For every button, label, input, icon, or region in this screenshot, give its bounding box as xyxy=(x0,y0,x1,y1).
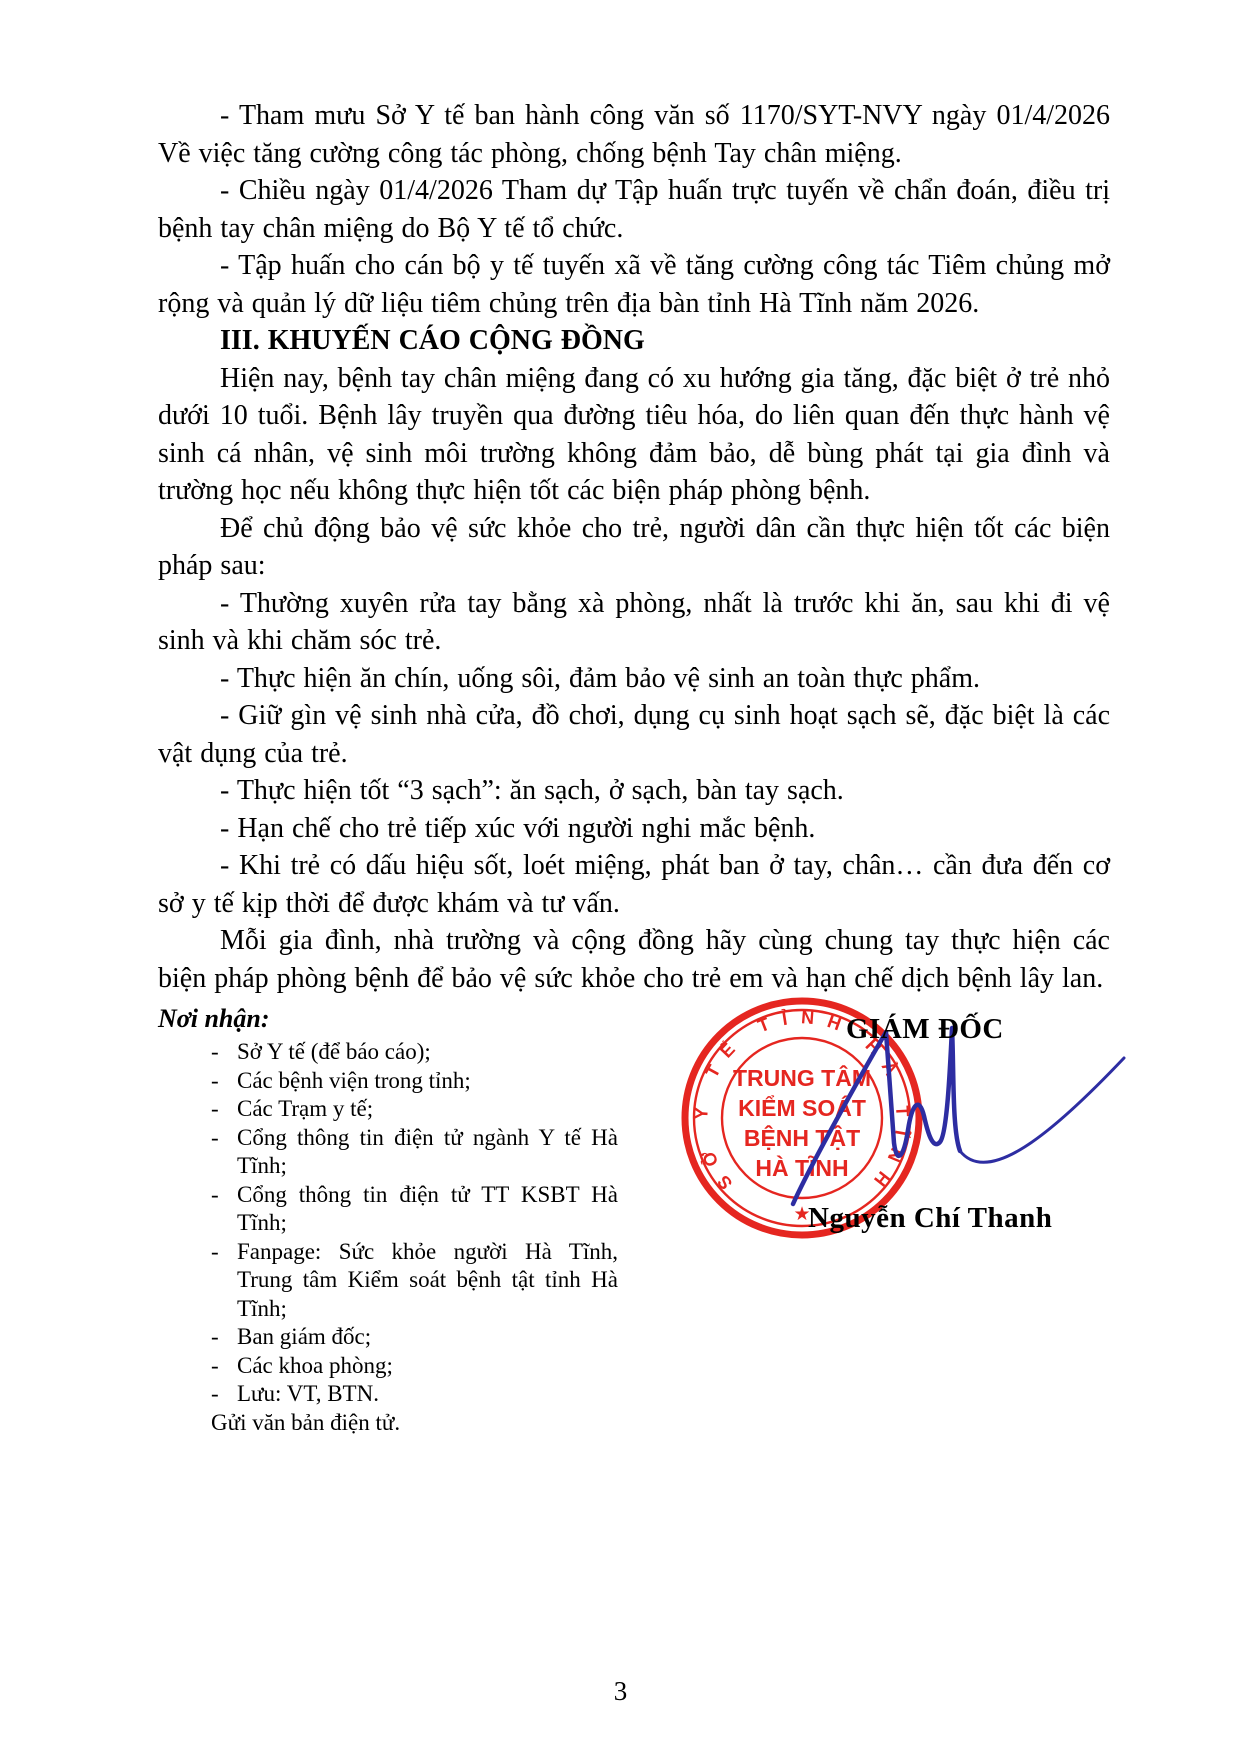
recipient-item: -Các khoa phòng; xyxy=(158,1352,618,1381)
recipient-text: Ban giám đốc; xyxy=(237,1323,618,1352)
paragraph: Mỗi gia đình, nhà trường và cộng đồng hã… xyxy=(158,922,1110,997)
section-heading: III. KHUYẾN CÁO CỘNG ĐỒNG xyxy=(158,322,1110,360)
recipients-list: -Sở Y tế (để báo cáo);-Các bệnh viện tro… xyxy=(158,1038,618,1409)
recipients-block: Nơi nhận: -Sở Y tế (để báo cáo);-Các bện… xyxy=(158,1004,618,1437)
paragraph: - Thực hiện ăn chín, uống sôi, đảm bảo v… xyxy=(158,660,1110,698)
recipients-note: Gửi văn bản điện tử. xyxy=(158,1409,618,1438)
document-body: - Tham mưu Sở Y tế ban hành công văn số … xyxy=(158,97,1110,997)
signature-stroke-flourish xyxy=(960,1058,1124,1162)
recipient-item: -Các Trạm y tế; xyxy=(158,1095,618,1124)
signature-stroke-main xyxy=(793,1028,960,1204)
paragraph: - Hạn chế cho trẻ tiếp xúc với người ngh… xyxy=(158,810,1110,848)
recipient-dash: - xyxy=(211,1181,237,1238)
recipients-title: Nơi nhận: xyxy=(158,1004,618,1034)
paragraph: - Giữ gìn vệ sinh nhà cửa, đồ chơi, dụng… xyxy=(158,697,1110,772)
recipient-text: Lưu: VT, BTN. xyxy=(237,1380,618,1409)
recipient-item: -Sở Y tế (để báo cáo); xyxy=(158,1038,618,1067)
recipient-text: Các khoa phòng; xyxy=(237,1352,618,1381)
paragraph: - Khi trẻ có dấu hiệu sốt, loét miệng, p… xyxy=(158,847,1110,922)
recipient-item: -Ban giám đốc; xyxy=(158,1323,618,1352)
paragraph: - Thường xuyên rửa tay bằng xà phòng, nh… xyxy=(158,585,1110,660)
recipient-dash: - xyxy=(211,1323,237,1352)
paragraph: Để chủ động bảo vệ sức khỏe cho trẻ, ngư… xyxy=(158,510,1110,585)
signer-position-title: GIÁM ĐỐC xyxy=(846,1013,1004,1046)
document-page: - Tham mưu Sở Y tế ban hành công văn số … xyxy=(0,0,1241,1755)
recipient-dash: - xyxy=(211,1124,237,1181)
signer-name: Nguyễn Chí Thanh xyxy=(808,1202,1052,1235)
paragraph: - Thực hiện tốt “3 sạch”: ăn sạch, ở sạc… xyxy=(158,772,1110,810)
recipient-dash: - xyxy=(211,1038,237,1067)
recipient-dash: - xyxy=(211,1095,237,1124)
recipient-item: -Fanpage: Sức khỏe người Hà Tĩnh, Trung … xyxy=(158,1238,618,1324)
recipient-item: -Cổng thông tin điện tử TT KSBT Hà Tĩnh; xyxy=(158,1181,618,1238)
recipient-dash: - xyxy=(211,1238,237,1324)
page-number: 3 xyxy=(0,1676,1241,1707)
recipient-text: Cổng thông tin điện tử ngành Y tế Hà Tĩn… xyxy=(237,1124,618,1181)
recipient-text: Các bệnh viện trong tỉnh; xyxy=(237,1067,618,1096)
recipient-text: Fanpage: Sức khỏe người Hà Tĩnh, Trung t… xyxy=(237,1238,618,1324)
recipient-dash: - xyxy=(211,1380,237,1409)
recipient-dash: - xyxy=(211,1352,237,1381)
paragraph: - Chiều ngày 01/4/2026 Tham dự Tập huấn … xyxy=(158,172,1110,247)
paragraph: - Tham mưu Sở Y tế ban hành công văn số … xyxy=(158,97,1110,172)
recipient-dash: - xyxy=(211,1067,237,1096)
recipient-item: -Các bệnh viện trong tỉnh; xyxy=(158,1067,618,1096)
recipient-text: Sở Y tế (để báo cáo); xyxy=(237,1038,618,1067)
paragraph: - Tập huấn cho cán bộ y tế tuyến xã về t… xyxy=(158,247,1110,322)
recipient-item: -Lưu: VT, BTN. xyxy=(158,1380,618,1409)
recipient-text: Cổng thông tin điện tử TT KSBT Hà Tĩnh; xyxy=(237,1181,618,1238)
paragraph: Hiện nay, bệnh tay chân miệng đang có xu… xyxy=(158,360,1110,510)
recipient-text: Các Trạm y tế; xyxy=(237,1095,618,1124)
recipient-item: -Cổng thông tin điện tử ngành Y tế Hà Tĩ… xyxy=(158,1124,618,1181)
